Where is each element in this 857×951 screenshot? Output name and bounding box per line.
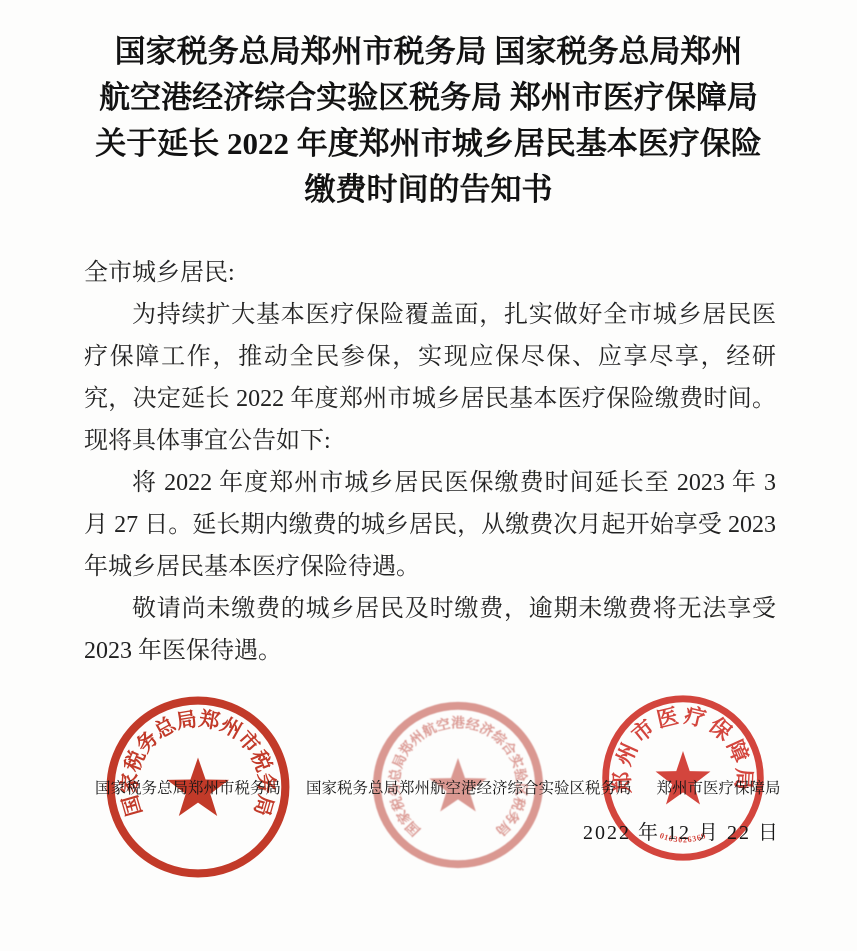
notice-page: 国家税务总局郑州市税务局 国家税务总局郑州 航空港经济综合实验区税务局 郑州市医… [0,0,857,951]
paragraph-3: 敬请尚未缴费的城乡居民及时缴费，逾期未缴费将无法享受 2023 年医保待遇。 [84,588,776,672]
title-line-4: 缴费时间的告知书 [40,167,817,213]
document-body: 全市城乡居民: 为持续扩大基本医疗保险覆盖面，扎实做好全市城乡居民医疗保障工作，… [84,252,776,672]
paragraph-2: 将 2022 年度郑州市城乡居民医保缴费时间延长至 2023 年 3 月 27 … [84,462,776,588]
title-line-2: 航空港经济综合实验区税务局 郑州市医疗保障局 [40,75,817,121]
document-date: 2022 年 12 月 22 日 [583,816,780,845]
signature-agency-3: 郑州市医疗保障局 [657,779,781,799]
paragraph-1: 为持续扩大基本医疗保险覆盖面，扎实做好全市城乡居民医疗保障工作，推动全民参保，实… [84,294,776,462]
salutation: 全市城乡居民: [84,252,776,294]
title-line-1: 国家税务总局郑州市税务局 国家税务总局郑州 [40,29,817,75]
document-title: 国家税务总局郑州市税务局 国家税务总局郑州 航空港经济综合实验区税务局 郑州市医… [40,29,817,213]
signature-row: 国家税务总局郑州市税务局 国家税务总局郑州航空港经济综合实验区税务局 郑州市医疗… [95,779,781,799]
title-line-3: 关于延长 2022 年度郑州市城乡居民基本医疗保险 [40,121,817,167]
signature-agency-1: 国家税务总局郑州市税务局 [95,779,281,799]
signature-agency-2: 国家税务总局郑州航空港经济综合实验区税务局 [306,779,632,799]
